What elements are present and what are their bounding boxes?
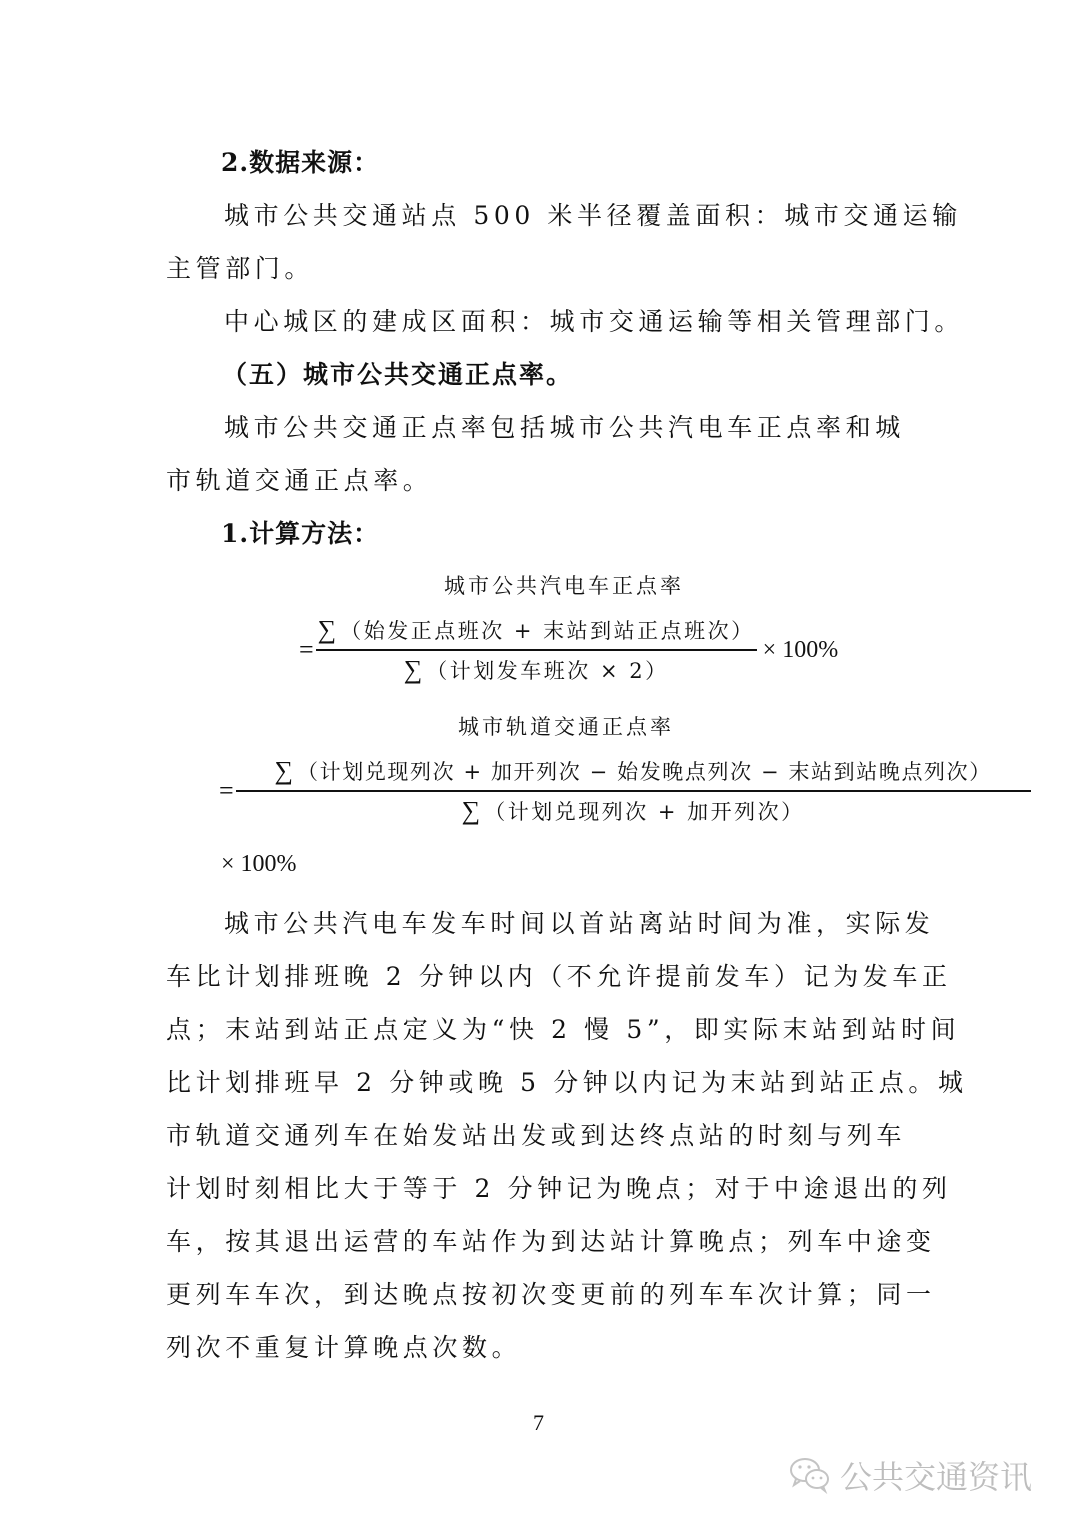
intro-line-1: 城市公共交通正点率包括城市公共汽电车正点率和城 — [224, 415, 905, 440]
body-line: 车比计划排班晚 2 分钟以内（不允许提前发车）记为发车正 — [166, 964, 952, 989]
page-number: 7 — [533, 1410, 544, 1436]
paragraph-built-area: 中心城区的建成区面积：城市交通运输等相关管理部门。 — [224, 309, 964, 334]
formula-rail-denominator: ∑（计划兑现列次 + 加开列次） — [460, 792, 807, 826]
formula-bus: = ∑（始发正点班次 + 末站到站正点班次） ∑（计划发车班次 × 2） × 1… — [299, 615, 838, 685]
body-line: 列次不重复计算晚点次数。 — [166, 1335, 521, 1360]
formula-rail-numerator: ∑（计划兑现列次 + 加开列次 − 始发晚点列次 − 末站到站晚点列次） — [272, 756, 993, 790]
body-line: 城市公共汽电车发车时间以首站离站时间为准，实际发 — [224, 911, 934, 936]
formula-bus-denominator: ∑（计划发车班次 × 2） — [402, 651, 671, 685]
formula-rail-multiplier: × 100% — [221, 852, 297, 876]
sigma-symbol: ∑ — [274, 756, 293, 785]
multiplier: × 100% — [763, 637, 839, 664]
body-line: 市轨道交通列车在始发站出发或到达终点站的时刻与列车 — [166, 1123, 906, 1148]
heading-method: 1.计算方法： — [221, 521, 379, 546]
body-line: 比计划排班早 2 分钟或晚 5 分钟以内记为末站到站正点。城 — [166, 1070, 968, 1095]
body-line: 更列车车次，到达晚点按初次变更前的列车车次计算；同一 — [166, 1282, 936, 1307]
watermark: 公共交通资讯 — [788, 1452, 1032, 1498]
formula-rail-title: 城市轨道交通正点率 — [458, 711, 674, 741]
body-line: 车，按其退出运营的车站作为到达站计算晚点；列车中途变 — [166, 1229, 936, 1254]
heading-data-source: 2.数据来源： — [221, 150, 379, 175]
section-title: （五）城市公共交通正点率。 — [222, 362, 573, 387]
body-line: 计划时刻相比大于等于 2 分钟记为晚点；对于中途退出的列 — [166, 1176, 952, 1201]
body-line: 点；末站到站正点定义为“快 2 慢 5”，即实际末站到站时间 — [166, 1017, 960, 1042]
formula-rail: = ∑（计划兑现列次 + 加开列次 − 始发晚点列次 − 末站到站晚点列次） ∑… — [219, 756, 1031, 826]
fraction: ∑（始发正点班次 + 末站到站正点班次） ∑（计划发车班次 × 2） — [316, 615, 757, 685]
intro-line-2: 市轨道交通正点率。 — [166, 468, 432, 493]
equals-sign: = — [299, 635, 314, 665]
fraction: ∑（计划兑现列次 + 加开列次 − 始发晚点列次 − 末站到站晚点列次） ∑（计… — [236, 756, 1031, 826]
sigma-symbol: ∑ — [462, 796, 481, 825]
sigma-symbol: ∑ — [404, 655, 423, 684]
formula-bus-title: 城市公共汽电车正点率 — [444, 570, 684, 600]
watermark-text: 公共交通资讯 — [840, 1452, 1032, 1498]
equals-sign: = — [219, 776, 234, 806]
sigma-symbol: ∑ — [318, 615, 337, 644]
formula-bus-numerator: ∑（始发正点班次 + 末站到站正点班次） — [316, 615, 757, 649]
paragraph-coverage-line-2: 主管部门。 — [166, 256, 314, 281]
paragraph-coverage-line-1: 城市公共交通站点 500 米半径覆盖面积：城市交通运输 — [224, 203, 962, 228]
wechat-icon — [788, 1455, 832, 1495]
